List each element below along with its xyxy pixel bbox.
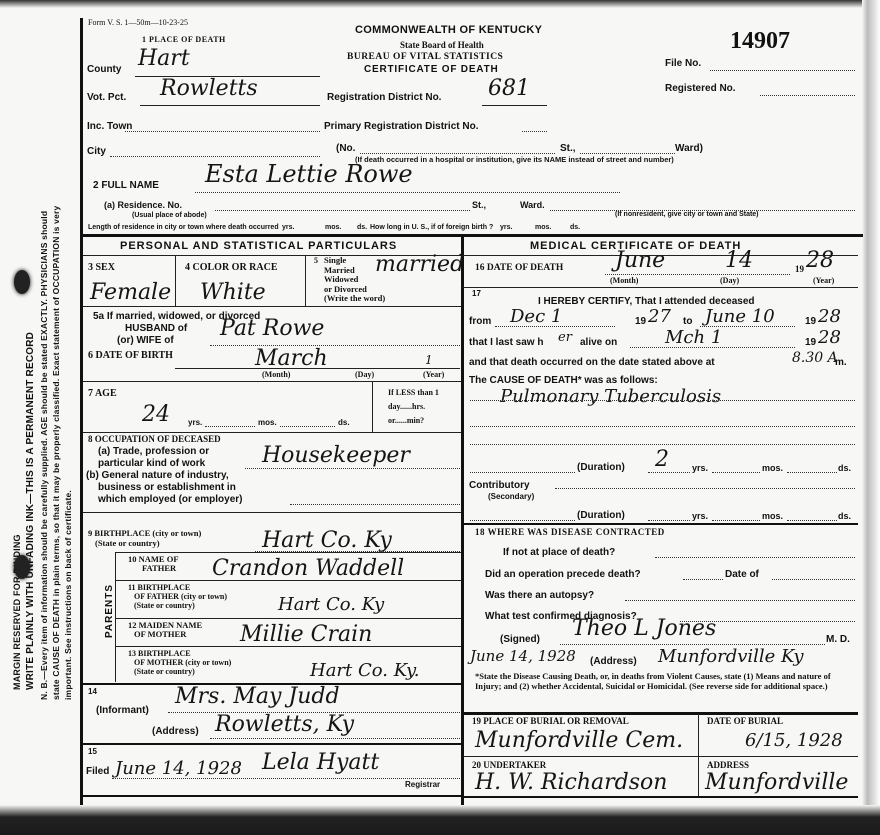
personal-section-title: PERSONAL AND STATISTICAL PARTICULARS xyxy=(120,240,397,252)
commonwealth-title: COMMONWEALTH OF KENTUCKY xyxy=(355,24,542,36)
margin-line-permanent: WRITE PLAINLY WITH UNFADING INK—THIS IS … xyxy=(25,332,36,690)
informant-address[interactable]: Rowletts, Ky xyxy=(215,712,354,737)
undertaker-label: 20 UNDERTAKER xyxy=(472,760,546,770)
foreign-birth-label: How long in U. S., if of foreign birth ? xyxy=(370,224,493,231)
physician-address[interactable]: Munfordville Ky xyxy=(658,646,804,667)
death-time-label: and that death occurred on the date stat… xyxy=(469,357,715,368)
place-of-death-label: 1 PLACE OF DEATH xyxy=(142,35,226,44)
birthplace-value[interactable]: Hart Co. Ky xyxy=(262,528,392,553)
full-name-label: 2 FULL NAME xyxy=(93,180,159,191)
contributory-label: Contributory xyxy=(469,480,530,491)
binding-hole-bottom xyxy=(14,555,30,579)
binding-hole-top xyxy=(14,270,30,294)
form-number: Form V. S. 1—50m—10-23-25 xyxy=(88,18,188,27)
filed-date[interactable]: June 14, 1928 xyxy=(115,758,242,779)
father-birthplace-label: 11 BIRTHPLACE OF FATHER (city or town) (… xyxy=(128,583,227,610)
sex-label: 3 SEX xyxy=(88,262,115,273)
certificate-title: CERTIFICATE OF DEATH xyxy=(364,64,499,75)
registrar-label: Registrar xyxy=(405,780,440,789)
burial-place-label: 19 PLACE OF BURIAL OR REMOVAL xyxy=(472,716,629,726)
city-label: City xyxy=(87,146,106,157)
column-divider xyxy=(461,236,464,808)
date-of-birth-label: 6 DATE OF BIRTH xyxy=(88,350,173,361)
informant-address-label: (Address) xyxy=(152,726,199,737)
board-of-health: State Board of Health xyxy=(400,40,484,50)
mother-birthplace-value[interactable]: Hart Co. Ky. xyxy=(310,660,420,681)
mother-maiden-name-label: 12 MAIDEN NAME OF MOTHER xyxy=(128,621,202,639)
binding-margin: MARGIN RESERVED FOR BINDING WRITE PLAINL… xyxy=(0,0,80,800)
operation-field[interactable] xyxy=(683,579,723,580)
date-of-death-label: 16 DATE OF DEATH xyxy=(475,263,563,273)
undertaker-address-label: ADDRESS xyxy=(707,760,749,770)
cause-of-death-value[interactable]: Pulmonary Tuberculosis xyxy=(500,386,721,407)
residence-field[interactable] xyxy=(215,210,470,211)
contributory-field[interactable] xyxy=(555,488,855,489)
county-label: County xyxy=(87,64,121,75)
margin-line-2: N. B.—Every item of information should b… xyxy=(39,211,49,700)
husband-label: HUSBAND of xyxy=(125,323,187,334)
dob-year[interactable]: 1 xyxy=(425,353,433,367)
margin-line-4: important. See instructions on back of c… xyxy=(63,490,73,700)
death-time[interactable]: 8.30 A xyxy=(792,350,838,366)
birthplace-label: 9 BIRTHPLACE (city or town) xyxy=(88,528,201,538)
bureau-title: BUREAU OF VITAL STATISTICS xyxy=(347,52,503,62)
margin-line-3: state CAUSE OF DEATH in plain terms, so … xyxy=(51,206,61,700)
marital-value[interactable]: married xyxy=(375,252,464,277)
father-birthplace-value[interactable]: Hart Co. Ky xyxy=(278,594,384,615)
occupation-trade-value[interactable]: Housekeeper xyxy=(262,443,410,468)
dod-year[interactable]: 28 xyxy=(806,248,834,273)
attended-to-date[interactable]: June 10 xyxy=(705,306,775,327)
father-name-value[interactable]: Crandon Waddell xyxy=(212,556,404,581)
physician-signature[interactable]: Theo L Jones xyxy=(572,616,716,641)
file-no-label: File No. xyxy=(665,58,701,69)
race-label: 4 COLOR OR RACE xyxy=(185,262,278,273)
mother-maiden-name-value[interactable]: Millie Crain xyxy=(240,622,372,647)
street-no-label: (No. xyxy=(336,143,355,154)
full-name-value[interactable]: Esta Lettie Rowe xyxy=(205,160,413,188)
attended-to-year[interactable]: 28 xyxy=(818,306,841,327)
registered-no-field[interactable] xyxy=(760,95,855,96)
cause-duration-years[interactable]: 2 xyxy=(655,447,669,472)
cause-of-death-label: The CAUSE OF DEATH* was as follows: xyxy=(469,375,658,386)
usual-place-note: (Usual place of abode) xyxy=(132,212,207,219)
father-name-label: 10 NAME OF FATHER xyxy=(128,555,179,573)
residence-label: (a) Residence. No. xyxy=(104,200,182,210)
wife-label: (or) WIFE of xyxy=(117,335,174,346)
cause-footnote: *State the Disease Causing Death, or, in… xyxy=(475,672,855,691)
scan-edge-top xyxy=(0,0,880,8)
informant-name[interactable]: Mrs. May Judd xyxy=(175,684,340,709)
file-number: 14907 xyxy=(730,28,790,55)
race-value[interactable]: White xyxy=(200,280,266,305)
spouse-value[interactable]: Pat Rowe xyxy=(220,316,324,341)
disease-contracted-label: 18 WHERE WAS DISEASE CONTRACTED xyxy=(475,527,665,537)
scan-edge-right xyxy=(862,0,880,835)
less-than-label: If LESS than 1 xyxy=(388,388,439,397)
primary-registration-label: Primary Registration District No. xyxy=(324,121,478,132)
attended-from-year[interactable]: 27 xyxy=(648,306,671,327)
vot-pct-value[interactable]: Rowletts xyxy=(160,76,258,101)
burial-date-label: DATE OF BURIAL xyxy=(707,716,783,726)
street-label: St., xyxy=(560,143,576,154)
last-saw-date[interactable]: Mch 1 xyxy=(665,327,722,348)
signed-label: (Signed) xyxy=(500,634,540,645)
occupation-industry-field[interactable] xyxy=(290,504,460,505)
primary-registration-field[interactable] xyxy=(522,131,547,132)
registration-district-value[interactable]: 681 xyxy=(488,76,530,101)
burial-place-value[interactable]: Munfordville Cem. xyxy=(475,728,683,753)
scan-edge-bottom xyxy=(0,805,880,835)
autopsy-field[interactable] xyxy=(625,600,855,601)
city-field[interactable] xyxy=(110,156,320,157)
nonresident-note: (If nonresident, give city or town and S… xyxy=(615,211,759,218)
inc-town-field[interactable] xyxy=(125,131,320,132)
dod-month[interactable]: June xyxy=(615,248,665,273)
length-of-residence-label: Length of residence in city or town wher… xyxy=(88,224,279,231)
registrar-name[interactable]: Lela Hyatt xyxy=(262,750,379,775)
vot-pct-label: Vot. Pct. xyxy=(87,92,126,103)
mother-birthplace-label: 13 BIRTHPLACE OF MOTHER (city or town) (… xyxy=(128,649,231,676)
informant-label: (Informant) xyxy=(96,705,149,716)
parents-side-label: PARENTS xyxy=(104,584,115,638)
county-value[interactable]: Hart xyxy=(138,46,190,71)
filed-label: Filed xyxy=(86,766,109,777)
contracted-place-field[interactable] xyxy=(655,557,855,558)
signature-date[interactable]: June 14, 1928 xyxy=(470,647,576,665)
attended-from-date[interactable]: Dec 1 xyxy=(510,306,562,327)
sex-value[interactable]: Female xyxy=(90,280,171,305)
ward-label: Ward) xyxy=(675,143,703,154)
burial-date-value[interactable]: 6/15, 1928 xyxy=(745,730,843,751)
undertaker-address[interactable]: Munfordville xyxy=(705,770,848,795)
occupation-label: 8 OCCUPATION OF DECEASED xyxy=(88,434,221,444)
undertaker-name[interactable]: H. W. Richardson xyxy=(475,770,667,795)
file-no-line xyxy=(710,70,855,71)
age-years[interactable]: 24 xyxy=(142,402,170,427)
registration-district-label: Registration District No. xyxy=(327,92,441,103)
age-label: 7 AGE xyxy=(88,388,117,399)
dod-day[interactable]: 14 xyxy=(725,248,753,273)
registered-no-label: Registered No. xyxy=(665,83,736,94)
last-saw-year[interactable]: 28 xyxy=(818,327,841,348)
